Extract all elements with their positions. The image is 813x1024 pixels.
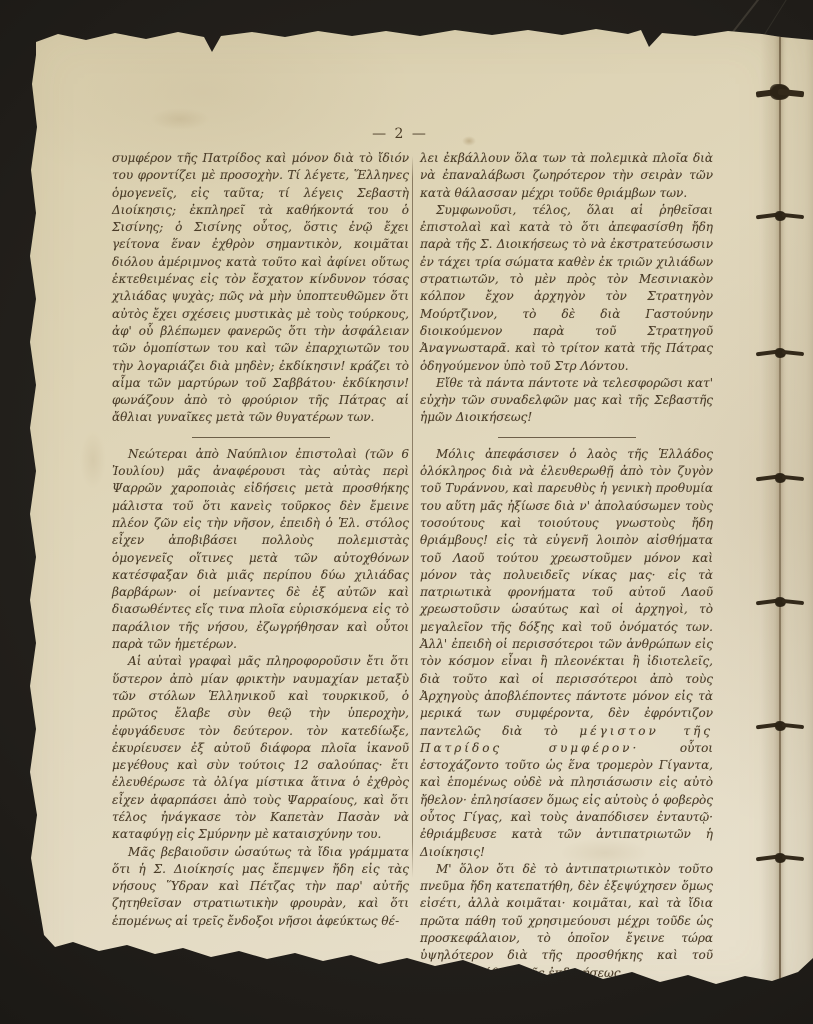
fox-spot xyxy=(150,108,210,130)
paragraph-text: · οὗτοι ἐστοχάζοντο τοῦτο ὡς ἕνα τρομερὸ… xyxy=(420,741,713,859)
paragraph-text: Μόλις ἀπεφάσισεν ὁ λαὸς τῆς Ἑλλάδος ὁλόκ… xyxy=(420,447,713,738)
paragraph: λει ἐκβάλλουν ὅλα των τὰ πολεμικὰ πλοῖα … xyxy=(420,150,713,202)
left-column: συμφέρον τῆς Πατρίδος καὶ μόνον διὰ τὸ ἴ… xyxy=(112,150,409,930)
paragraph: Μόλις ἀπεφάσισεν ὁ λαὸς τῆς Ἑλλάδος ὁλόκ… xyxy=(420,446,713,861)
page-number: — 2 — xyxy=(300,126,500,142)
scan-background: — 2 — συμφέρον τῆς Πατρίδος καὶ μόνον δι… xyxy=(0,0,813,1024)
paragraph: συμφέρον τῆς Πατρίδος καὶ μόνον διὰ τὸ ἴ… xyxy=(112,150,409,427)
section-divider xyxy=(192,437,330,438)
paragraph: Συμφωνοῦσι, τέλος, ὅλαι αἱ ῥηθεῖσαι ἐπισ… xyxy=(420,202,713,375)
paragraph: Εἴθε τὰ πάντα πάντοτε νὰ τελεσφορῶσι κατ… xyxy=(420,375,713,427)
paragraph: Μᾶς βεβαιοῦσιν ὡσαύτως τὰ ἴδια γράμματα … xyxy=(112,844,409,930)
section-divider xyxy=(498,437,636,438)
newspaper-page: — 2 — συμφέρον τῆς Πατρίδος καὶ μόνον δι… xyxy=(0,0,813,1024)
fox-spot xyxy=(80,430,106,490)
column-divider-rule xyxy=(412,156,413,878)
right-column: λει ἐκβάλλουν ὅλα των τὰ πολεμικὰ πλοῖα … xyxy=(420,150,713,982)
paragraph: Αἱ αὐταὶ γραφαὶ μᾶς πληροφοροῦσιν ἔτι ὅτ… xyxy=(112,653,409,843)
binding-fold-line xyxy=(779,36,781,982)
paragraph: Μ' ὅλον ὅτι δὲ τὸ ἀντιπατριωτικὸν τοῦτο … xyxy=(420,861,713,982)
paragraph: Νεώτεραι ἀπὸ Ναύπλιον ἐπιστολαὶ (τῶν 6 Ἰ… xyxy=(112,446,409,654)
